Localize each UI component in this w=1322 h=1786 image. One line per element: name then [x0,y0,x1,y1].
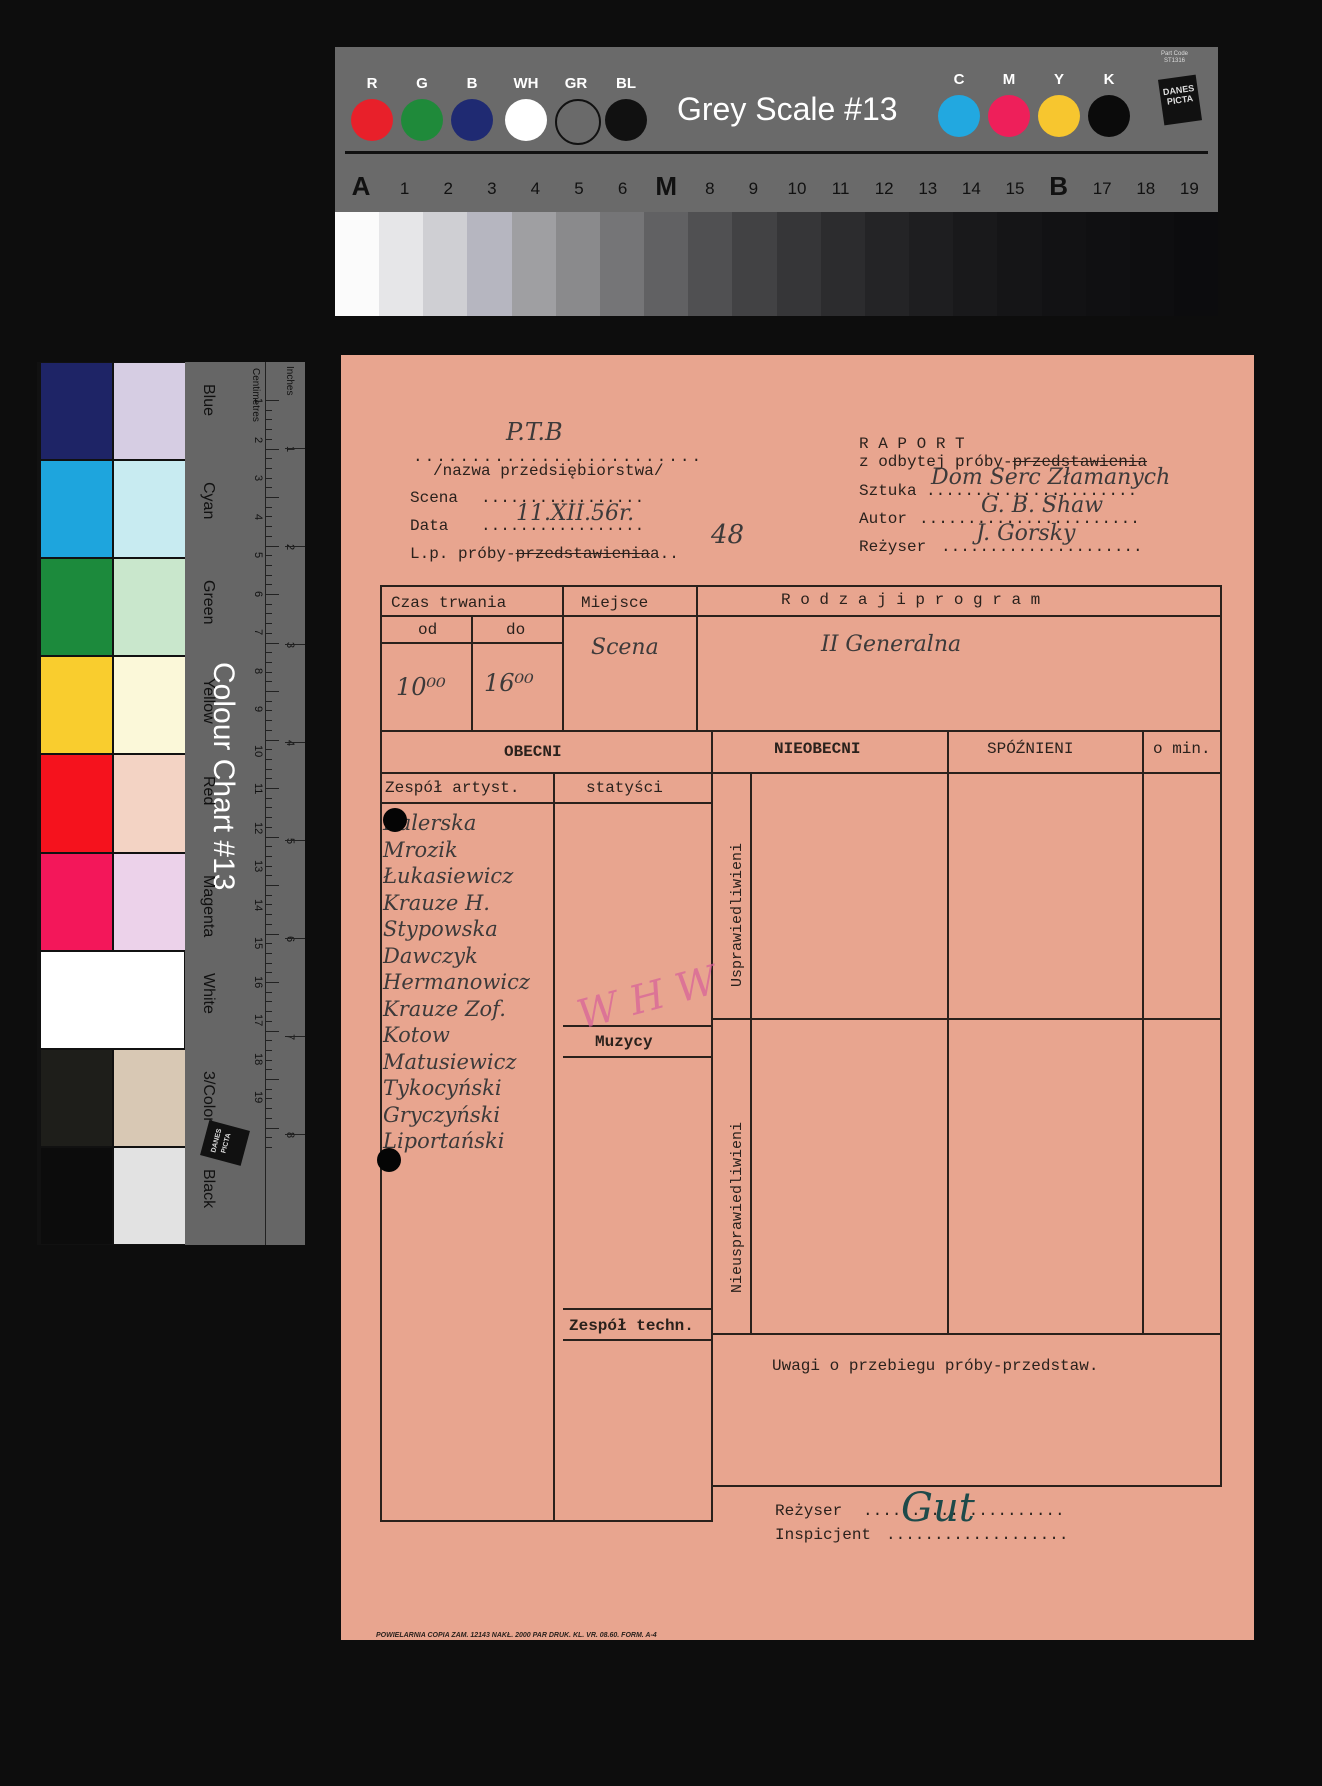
ruler-tick [265,972,272,973]
artist-name: Kotow [383,1022,553,1049]
artists-list: KalerskaMrozikŁukasiewiczKrauze H.Stypow… [383,810,553,1155]
ruler-tick [265,943,272,944]
colour-chart: Colour Chart #13 BlueCyanGreenYellowRedM… [37,362,305,1245]
colour-row-label: 3/Color [199,1071,217,1123]
rodzaj-header: R o d z a j i p r o g r a m [781,591,1040,609]
ruler-tick [265,953,272,954]
divider [345,151,1208,154]
grey-step [953,212,997,316]
inch-tick-label: 1 [284,446,296,452]
colour-row-label: Blue [199,384,217,416]
grey-step [1174,212,1218,316]
czas-trwania-header: Czas trwania [391,594,506,612]
ruler-tick [265,856,272,857]
grey-step [644,212,688,316]
table-line [1142,730,1144,1335]
grey-step [335,212,379,316]
company-name-handwritten: P.T.B [506,418,563,446]
ruler-tick [265,720,272,721]
colour-row-label: Green [199,580,217,624]
scale-label: 12 [864,179,904,199]
inch-tick-label: 5 [284,838,296,844]
grey-step [688,212,732,316]
ruler-tick [265,788,279,789]
od-value: 10⁰⁰ [396,673,446,701]
ruler-label-cm: Centimetres [250,368,261,422]
ruler-tick [265,458,272,459]
zespol-artyst-header: Zespół artyst. [385,779,519,797]
table-line [553,772,555,1522]
ruler-tick [265,565,272,566]
ruler-tick [265,895,272,896]
statysci-header: statyści [586,779,663,797]
colour-swatch-cyan-light [113,460,186,558]
swatch-y [1038,95,1080,137]
cm-tick-label: 4 [252,514,264,520]
miejsce-value: Scena [591,635,659,660]
ruler-tick [265,410,272,411]
ruler-tick [265,701,272,702]
ruler-tick [265,982,279,983]
ruler-tick [265,807,272,808]
lp-struck-text: przedstawienia [516,545,650,563]
ruler-tick [265,623,272,624]
zespol-techn-header: Zespół techn. [569,1317,694,1335]
ruler-tick [265,710,272,711]
ruler-tick [265,1011,272,1012]
colour-swatch-magenta-dark [40,853,113,951]
colour-swatch-3color-light [113,1049,186,1147]
artist-name: Hermanowicz [383,969,553,996]
ruler-tick [265,594,279,595]
ruler-tick [265,400,279,401]
grey-step [600,212,644,316]
swatch-m [988,95,1030,137]
ruler-tick [265,1079,279,1080]
cm-tick-label: 10 [252,745,264,757]
autor-value: G. B. Shaw [981,493,1103,518]
table-line [711,730,713,1522]
swatch-b [451,99,493,141]
ruler-tick [265,740,279,741]
ruler-tick [265,817,272,818]
swatch-label: C [938,71,980,88]
punch-hole [377,1148,401,1172]
scale-label: 9 [733,179,773,199]
cm-tick-label: 19 [252,1091,264,1103]
table-line [380,1520,711,1522]
ruler-tick [265,934,279,935]
ruler-tick [265,1050,272,1051]
od-header: od [418,621,437,639]
miejsce-header: Miejsce [581,594,648,612]
inch-tick-label: 4 [284,740,296,746]
ruler-tick [265,914,272,915]
ruler-tick [265,487,272,488]
artist-name: Kalerska [383,810,553,837]
ruler-tick [265,749,272,750]
table-line [562,585,564,732]
ruler-tick [285,938,305,939]
cm-tick-label: 14 [252,899,264,911]
colour-row-label: Magenta [199,875,217,937]
danes-picta-logo: DANESPICTA [1158,75,1202,126]
ruler-tick [265,575,272,576]
swatch-label: B [451,75,493,92]
ruler-tick [265,1031,279,1032]
cm-tick-label: 9 [252,706,264,712]
ruler-tick [265,875,272,876]
swatch-label: Y [1038,71,1080,88]
colour-row-label: White [199,973,217,1014]
scale-label: 15 [995,179,1035,199]
company-caption: /nazwa przedsiębiorstwa/ [433,462,663,480]
rehearsal-report-form: P.T.B ......................... /nazwa p… [341,355,1254,1640]
colour-row-label: Cyan [199,482,217,519]
colour-swatch-3color-dark [40,1049,113,1147]
part-code: Part Code ST1316 [1161,51,1188,65]
grey-scale-card: Part Code ST1316 RGBWHGRBLCMYK Grey Scal… [335,47,1218,316]
swatch-r [351,99,393,141]
ruler-tick [265,497,279,498]
ruler-tick [265,1108,272,1109]
colour-swatch-black-light [113,1147,186,1245]
colour-chart-label-bar: Colour Chart #13 BlueCyanGreenYellowRedM… [185,362,305,1245]
artist-name: Mrozik [383,837,553,864]
cm-tick-label: 8 [252,668,264,674]
scale-label: A [341,171,381,202]
lp-label-text: L.p. próby- [410,545,516,563]
ruler-tick [265,1137,272,1138]
ruler-tick [285,1134,305,1135]
artist-name: Dawczyk [383,943,553,970]
ruler-tick [265,1021,272,1022]
scale-label: 10 [777,179,817,199]
table-line [380,615,1222,617]
ruler [265,362,306,1245]
ruler-tick [285,546,305,547]
swatch-label: WH [505,75,547,92]
scale-label: 11 [821,179,861,199]
ruler-tick [265,846,272,847]
cm-tick-label: 7 [252,629,264,635]
ruler-tick [265,730,272,731]
cm-tick-label: 15 [252,937,264,949]
scale-label: M [646,171,686,202]
ruler-tick [265,643,279,644]
scale-label: 2 [428,179,468,199]
ruler-tick [265,468,272,469]
table-line [711,1333,1222,1335]
cm-tick-label: 16 [252,976,264,988]
artist-name: Stypowska [383,916,553,943]
swatch-bl [605,99,647,141]
muzycy-header: Muzycy [595,1033,653,1051]
nieusprawiedliwieni-label: Nieusprawiedliwieni [729,1122,746,1293]
colour-row-label: Red [199,776,217,805]
ruler-tick [265,778,272,779]
cm-tick-label: 2 [252,437,264,443]
ruler-tick [265,866,272,867]
colour-swatch-black-dark [40,1147,113,1245]
ruler-tick [265,963,272,964]
table-line [1220,585,1222,1487]
ruler-tick [265,419,272,420]
swatch-k [1088,95,1130,137]
ruler-tick [265,429,272,430]
grey-step [1130,212,1174,316]
colour-swatch-red-light [113,754,186,852]
ruler-label-inches: Inches [284,366,295,395]
o-min-header: o min. [1153,740,1211,758]
cm-tick-label: 11 [252,783,264,794]
ruler-tick [265,449,279,450]
rezyser-value: J. Gorsky [976,521,1075,546]
ruler-tick [265,798,272,799]
artist-name: Matusiewicz [383,1049,553,1076]
ruler-tick [265,439,272,440]
ruler-tick [285,448,305,449]
scale-label: 14 [951,179,991,199]
scena-label: Scena [410,489,458,507]
grey-step [777,212,821,316]
ruler-tick [265,691,279,692]
artist-name: Gryczyński [383,1102,553,1129]
cm-tick-label: 5 [252,552,264,558]
grey-step [379,212,423,316]
scale-label: 19 [1169,179,1209,199]
part-code-value: ST1316 [1161,58,1188,65]
ruler-tick [265,1098,272,1099]
rezyser-sign-label: Reżyser [775,1502,842,1520]
artist-name: Tykocyński [383,1075,553,1102]
spoznieni-header: SPÓŹNIENI [987,740,1073,758]
table-line [563,1056,711,1058]
ruler-tick [265,536,272,537]
rodzaj-value: II Generalna [821,632,961,657]
inspicjent-label: Inspicjent [775,1526,871,1544]
scale-label: 8 [690,179,730,199]
cm-tick-label: 3 [252,475,264,481]
table-line [471,615,473,732]
colour-swatch-green-dark [40,558,113,656]
scale-label: 6 [603,179,643,199]
scale-label: 5 [559,179,599,199]
table-line [380,585,1222,587]
ruler-tick [265,1001,272,1002]
swatch-label: M [988,71,1030,88]
ruler-tick [265,904,272,905]
swatch-c [938,95,980,137]
ruler-tick [285,1036,305,1037]
colour-swatch-green-light [113,558,186,656]
scale-label: 13 [908,179,948,199]
inch-tick-label: 6 [284,936,296,942]
table-line [380,730,1222,732]
scale-label: 1 [385,179,425,199]
ruler-tick [265,604,272,605]
swatch-label: G [401,75,443,92]
grey-step [997,212,1041,316]
ruler-tick [265,652,272,653]
grey-step [909,212,953,316]
grey-step [732,212,776,316]
ruler-tick [265,507,272,508]
ruler-tick [265,924,272,925]
table-line [563,1339,711,1341]
colour-row-label: Yellow [199,678,217,724]
scale-label: 18 [1126,179,1166,199]
colour-swatch-yellow-light [113,656,186,754]
date-value: 11.XII.56r. [516,501,634,526]
danes-picta-logo: DANESPICTA [200,1120,250,1166]
artist-name: Łukasiewicz [383,863,553,890]
ruler-tick [265,837,279,838]
ruler-tick [265,584,272,585]
table-line [380,772,1222,774]
cm-tick-label: 13 [252,860,264,872]
scale-label: 4 [515,179,555,199]
ruler-tick [265,769,272,770]
ruler-tick [285,644,305,645]
swatch-label: BL [605,75,647,92]
ruler-tick [265,613,272,614]
ruler-tick [265,1040,272,1041]
ruler-tick [285,742,305,743]
table-line [750,772,752,1335]
grey-scale-title: Grey Scale #13 [677,91,898,128]
table-line [711,1018,1222,1020]
inch-tick-label: 8 [284,1132,296,1138]
cm-tick-label: 18 [252,1053,264,1065]
ruler-tick [265,546,279,547]
ruler-tick [285,840,305,841]
grey-scale-strip [335,212,1218,316]
swatch-g [401,99,443,141]
nieobecni-header: NIEOBECNI [774,740,860,758]
inch-tick-label: 2 [284,544,296,550]
lp-label: L.p. próby-przedstawieniaa.. [410,545,679,563]
swatch-label: GR [555,75,597,92]
table-line [563,1308,711,1310]
do-value: 16⁰⁰ [484,669,534,697]
punch-hole [383,808,407,832]
table-line [380,585,382,1522]
table-line [380,802,711,804]
colour-row-label: Black [199,1169,217,1208]
swatch-label: K [1088,71,1130,88]
ruler-tick [265,555,272,556]
colour-swatch-white [40,951,185,1049]
scale-label: 3 [472,179,512,199]
scale-label: B [1039,171,1079,202]
ruler-tick [265,1128,279,1129]
sztuka-label: Sztuka [859,482,917,500]
swatch-label: R [351,75,393,92]
ruler-tick [265,885,279,886]
artist-name: Krauze H. [383,890,553,917]
cm-tick-label: 12 [252,822,264,834]
rezyser-label: Reżyser [859,538,926,556]
table-line [696,585,698,732]
ruler-tick [265,1089,272,1090]
artist-name: Krauze Zof. [383,996,553,1023]
cm-tick-label: 6 [252,591,264,597]
artist-name: Liportański [383,1128,553,1155]
part-code-label: Part Code [1161,51,1188,58]
raport-title: R A P O R T [859,435,965,453]
do-header: do [506,621,525,639]
autor-label: Autor [859,510,907,528]
grey-step [865,212,909,316]
scale-label: 17 [1082,179,1122,199]
ruler-tick [265,672,272,673]
lp-value: 48 [711,520,744,550]
ruler-tick [265,478,272,479]
inch-tick-label: 3 [284,642,296,648]
swatch-wh [505,99,547,141]
signature: Gut [901,1485,975,1531]
ruler-tick [265,759,272,760]
cm-tick-label: 17 [252,1014,264,1026]
usprawiedliwieni-label: Usprawiedliwieni [729,843,746,987]
ruler-tick [265,1118,272,1119]
uwagi-label: Uwagi o przebiegu próby-przedstaw. [772,1357,1098,1375]
sztuka-value: Dom Serc Złamanych [931,465,1170,490]
grey-step [821,212,865,316]
grey-step [1086,212,1130,316]
colour-swatch-red-dark [40,754,113,852]
grey-step [1042,212,1086,316]
ruler-tick [265,827,272,828]
ruler-tick [265,1060,272,1061]
ruler-tick [265,681,272,682]
grey-step [512,212,556,316]
inch-tick-label: 7 [284,1034,296,1040]
colour-swatch-blue-dark [40,362,113,460]
ruler-tick [265,633,272,634]
ruler-tick [265,992,272,993]
ruler-tick [265,516,272,517]
ruler-tick [265,526,272,527]
grey-step [423,212,467,316]
colour-swatch-cyan-dark [40,460,113,558]
grey-step [556,212,600,316]
table-line [947,730,949,1335]
swatch-gr [555,99,601,145]
ruler-tick [265,1069,272,1070]
footer-print-line: POWIELARNIA COPIA ZAM. 12143 NAKŁ. 2000 … [376,1632,657,1639]
colour-swatch-blue-light [113,362,186,460]
colour-swatch-yellow-dark [40,656,113,754]
grey-step [467,212,511,316]
colour-swatch-magenta-light [113,853,186,951]
ruler-tick [265,1147,272,1148]
ruler-tick [265,662,272,663]
obecni-header: OBECNI [504,743,562,761]
data-label: Data [410,517,448,535]
